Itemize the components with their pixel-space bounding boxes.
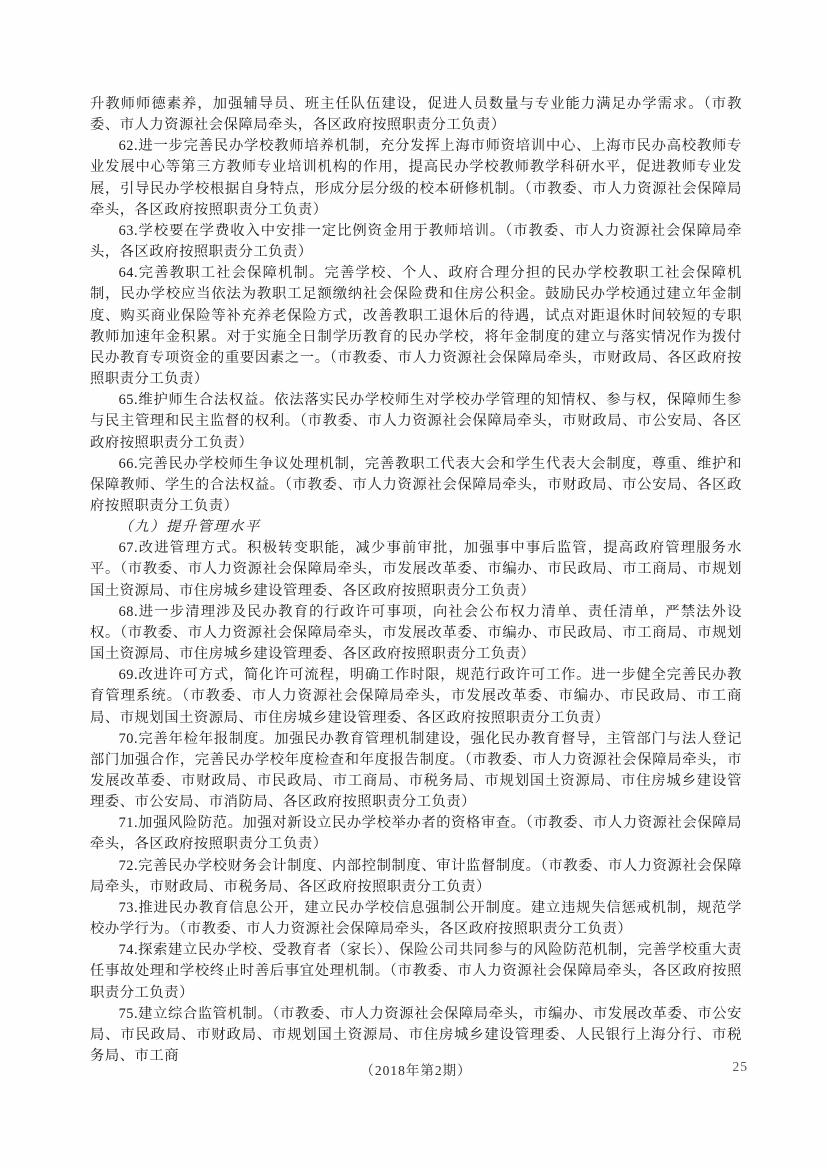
paragraph-item-75: 75.建立综合监管机制。（市教委、市人力资源社会保障局牵头，市编办、市发展改革委… xyxy=(90,1004,742,1067)
paragraph-item-63: 63.学校要在学费收入中安排一定比例资金用于教师培训。（市教委、市人力资源社会保… xyxy=(90,221,742,263)
document-page: 升教师师德素养，加强辅导员、班主任队伍建设，促进人员数量与专业能力满足办学需求。… xyxy=(0,0,827,1170)
paragraph-item-71: 71.加强风险防范。加强对新设立民办学校举办者的资格审查。（市教委、市人力资源社… xyxy=(90,813,742,855)
paragraph-item-64: 64.完善教职工社会保障机制。完善学校、个人、政府合理分担的民办学校教职工社会保… xyxy=(90,263,742,390)
paragraph-continuation: 升教师师德素养，加强辅导员、班主任队伍建设，促进人员数量与专业能力满足办学需求。… xyxy=(90,94,742,136)
paragraph-item-69: 69.改进许可方式，简化许可流程，明确工作时限，规范行政许可工作。进一步健全完善… xyxy=(90,665,742,728)
page-number: 25 xyxy=(733,1059,749,1075)
section-heading-improve-management: （九）提升管理水平 xyxy=(90,517,742,538)
paragraph-item-68: 68.进一步清理涉及民办教育的行政许可事项，向社会公布权力清单、责任清单，严禁法… xyxy=(90,602,742,665)
page-footer: （2018年第2期） 25 xyxy=(90,1059,742,1081)
paragraph-item-62: 62.进一步完善民办学校教师培养机制，充分发挥上海市师资培训中心、上海市民办高校… xyxy=(90,136,742,221)
paragraph-item-73: 73.推进民办教育信息公开，建立民办学校信息强制公开制度。建立违规失信惩戒机制，… xyxy=(90,898,742,940)
document-body: 升教师师德素养，加强辅导员、班主任队伍建设，促进人员数量与专业能力满足办学需求。… xyxy=(90,94,742,1067)
issue-label: （2018年第2期） xyxy=(360,1059,471,1079)
paragraph-item-65: 65.维护师生合法权益。依法落实民办学校师生对学校办学管理的知情权、参与权，保障… xyxy=(90,390,742,453)
paragraph-item-67: 67.改进管理方式。积极转变职能，减少事前审批，加强事中事后监管，提高政府管理服… xyxy=(90,538,742,601)
paragraph-item-66: 66.完善民办学校师生争议处理机制，完善教职工代表大会和学生代表大会制度，尊重、… xyxy=(90,454,742,517)
paragraph-item-70: 70.完善年检年报制度。加强民办教育管理机制建设，强化民办教育督导，主管部门与法… xyxy=(90,729,742,814)
paragraph-item-72: 72.完善民办学校财务会计制度、内部控制制度、审计监督制度。（市教委、市人力资源… xyxy=(90,856,742,898)
paragraph-item-74: 74.探索建立民办学校、受教育者（家长）、保险公司共同参与的风险防范机制，完善学… xyxy=(90,940,742,1003)
